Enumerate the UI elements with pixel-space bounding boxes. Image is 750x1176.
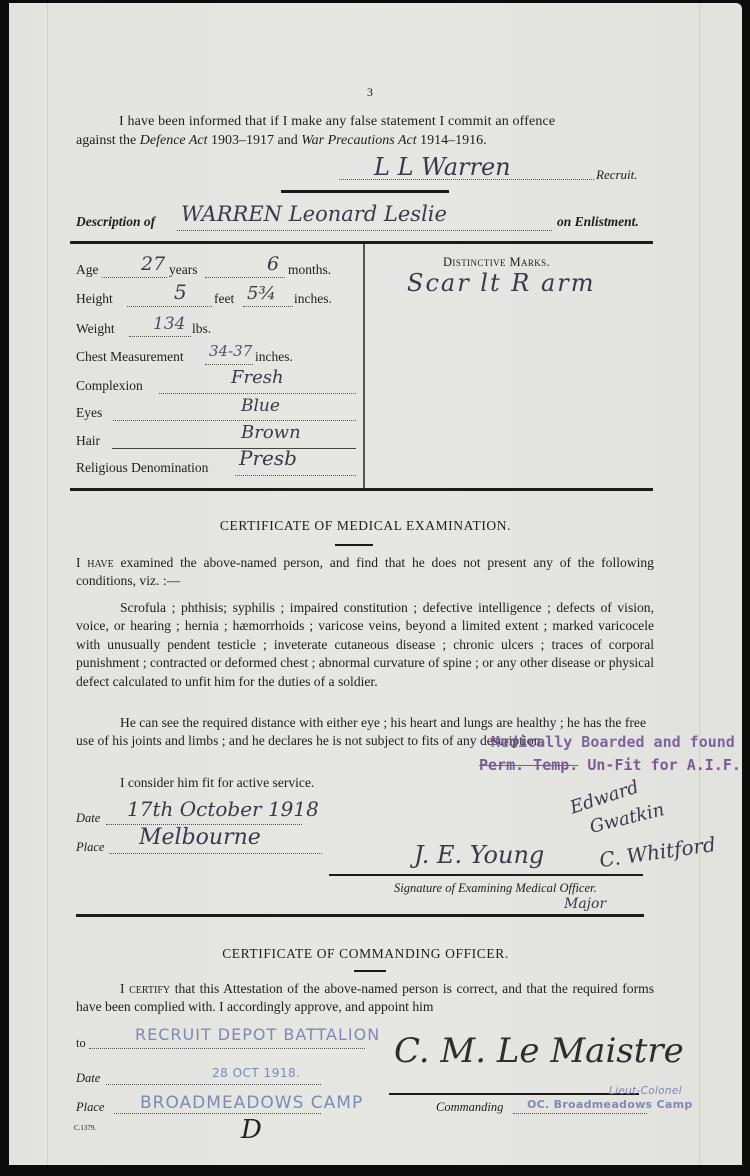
recruit-label: Recruit.	[596, 167, 638, 183]
distinctive-marks-label: Distinctive Marks.	[443, 255, 550, 270]
height-inches-value: 5¾	[247, 283, 276, 304]
medical-board-stamp-line-1: Medically Boarded and found	[491, 733, 735, 751]
lbs-label: lbs.	[192, 321, 211, 337]
signature-line	[329, 874, 643, 876]
dotted-line	[177, 230, 552, 231]
dotted-line	[113, 420, 356, 421]
table-bottom-rule	[70, 488, 653, 491]
medical-intro: I have examined the above-named person, …	[76, 554, 654, 591]
medical-officer-signature: J. E. Young	[414, 841, 544, 869]
medical-place-label: Place	[76, 840, 104, 855]
short-divider	[354, 970, 386, 972]
dotted-line	[205, 364, 253, 365]
declaration-line-2: against the Defence Act 1903–1917 and Wa…	[76, 133, 487, 149]
age-label: Age	[76, 262, 99, 278]
dotted-line	[89, 1048, 365, 1049]
struck-text: Perm. Temp.	[479, 756, 578, 774]
weight-value: 134	[153, 314, 185, 334]
dotted-line	[102, 277, 167, 278]
dotted-line	[109, 853, 322, 854]
dotted-line	[159, 393, 356, 394]
fold-line	[47, 3, 48, 1165]
medical-date-value: 17th October 1918	[127, 797, 319, 821]
dotted-line	[513, 1113, 647, 1114]
hair-label: Hair	[76, 433, 100, 449]
unit-stamp: RECRUIT DEPOT BATTALION	[135, 1025, 380, 1044]
dotted-line	[235, 475, 356, 476]
dotted-line	[205, 277, 285, 278]
dotted-line	[106, 1084, 321, 1085]
divider	[281, 190, 449, 193]
inches-label: inches.	[294, 291, 332, 307]
signature-line	[389, 1093, 639, 1095]
weight-label: Weight	[76, 321, 115, 337]
age-months-value: 6	[267, 253, 279, 275]
place-stamp: BROADMEADOWS CAMP	[140, 1093, 363, 1113]
medical-officer-rank: Major	[564, 896, 606, 912]
form-code: C.1379.	[74, 1124, 96, 1132]
attestation-page: 3 I have been informed that if I make an…	[9, 3, 742, 1165]
hair-value: Brown	[241, 422, 301, 443]
table-column-divider	[363, 244, 365, 490]
underline	[112, 448, 356, 449]
fit-statement: I consider him fit for active service.	[120, 775, 314, 791]
height-feet-value: 5	[174, 280, 187, 304]
medical-conditions: Scrofula ; phthisis; syphilis ; impaired…	[76, 599, 654, 691]
to-label: to	[76, 1036, 86, 1051]
commanding-officer-signature: C. M. Le Maistre	[394, 1031, 684, 1071]
commanding-certificate-title: CERTIFICATE OF COMMANDING OFFICER.	[9, 946, 722, 962]
chest-value: 34-37	[209, 342, 252, 360]
religion-value: Presb	[239, 446, 297, 470]
commanding-place-label: Place	[76, 1100, 104, 1115]
dotted-line	[129, 336, 191, 337]
chest-label: Chest Measurement	[76, 349, 184, 365]
clerk-initials: D	[241, 1115, 262, 1145]
section-divider	[76, 914, 644, 917]
feet-label: feet	[214, 291, 234, 307]
years-label: years	[169, 262, 197, 278]
commanding-label: Commanding	[436, 1100, 503, 1115]
date-stamp: 28 OCT 1918.	[212, 1066, 300, 1080]
dotted-line	[127, 306, 212, 307]
recruit-signature: L L Warren	[374, 153, 511, 181]
medical-date-label: Date	[76, 811, 100, 826]
dotted-line	[114, 1113, 321, 1114]
commanding-date-label: Date	[76, 1071, 100, 1086]
medical-certificate-title: CERTIFICATE OF MEDICAL EXAMINATION.	[9, 518, 722, 534]
eyes-value: Blue	[241, 396, 280, 416]
fold-line	[699, 3, 700, 1165]
declaration-line-1: I have been informed that if I make any …	[119, 114, 555, 130]
distinctive-marks-value: Scar lt R arm	[407, 269, 595, 297]
description-label: Description of	[76, 214, 155, 230]
war-precautions-act: War Precautions Act	[301, 133, 416, 148]
complexion-label: Complexion	[76, 378, 143, 394]
enlistment-label: on Enlistment.	[557, 214, 639, 230]
eyes-label: Eyes	[76, 405, 102, 421]
dotted-line	[243, 306, 293, 307]
age-years-value: 27	[141, 253, 165, 275]
chest-unit: inches.	[255, 349, 293, 365]
table-top-rule	[70, 241, 653, 244]
religion-label: Religious Denomination	[76, 460, 208, 476]
page-number: 3	[367, 85, 373, 100]
commanding-certify-text: I certify that this Attestation of the a…	[76, 980, 654, 1017]
short-divider	[335, 544, 373, 546]
rank-stamp: Lieut-Colonel	[609, 1085, 682, 1097]
medical-place-value: Melbourne	[139, 825, 261, 850]
months-label: months.	[288, 262, 331, 278]
complexion-value: Fresh	[231, 367, 284, 388]
dotted-line	[339, 179, 594, 180]
medical-officer-label: Signature of Examining Medical Officer.	[394, 881, 597, 896]
defence-act: Defence Act	[140, 133, 208, 148]
recruit-name: WARREN Leonard Leslie	[181, 202, 447, 226]
command-stamp: OC. Broadmeadows Camp	[527, 1098, 693, 1111]
medical-board-stamp-line-2: Perm. Temp. Un-Fit for A.I.F.	[479, 756, 741, 774]
height-label: Height	[76, 291, 113, 307]
